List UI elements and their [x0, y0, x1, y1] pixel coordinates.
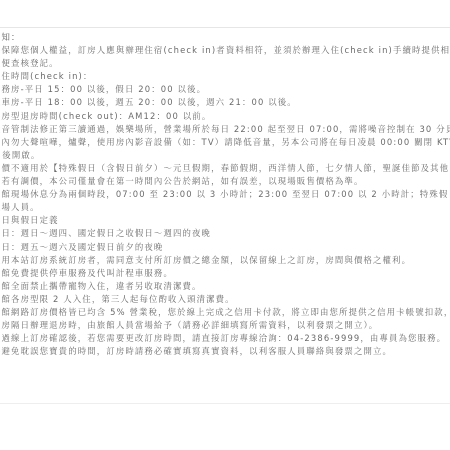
note-line-price-adjust: ；若有調價，本公司僅量會在第一時間內公告於網站，如有誤差，以現場販售價格為準。	[0, 175, 450, 188]
note-line-change-booking: 透過線上訂房確認後，若您需要更改訂房時間，請直接訂房專線洽詢：04-2386-9…	[0, 332, 450, 345]
note-line-checkin-motel: 汽車房-平日 18：00 以後，週五 20：00 以後，週六 21：00 以後。	[0, 96, 450, 109]
note-line-noise-cont2: 0 後開啟。	[0, 149, 450, 162]
note-line-accurate-info: 為避免耽誤您寶貴的時間，訂房時請務必確實填寫真實資料，以利客服人員聯絡與發票之開…	[0, 345, 450, 358]
note-line-weekday-definition: 平日：週日～週四、國定假日之收假日～週四的夜晚	[0, 227, 450, 240]
note-line-checkin-title: 入住時間(check in)：	[0, 70, 450, 83]
note-line-invoice: 住房隔日辦理退房時，由旅館人員當場給予（請務必詳細填寫所需資料，以利發票之開立）…	[0, 319, 450, 332]
note-line-rest-periods-cont: 現場人員。	[0, 201, 450, 214]
note-line-parking: 本館免費提供停車服務及代叫計程車服務。	[0, 267, 450, 280]
notes-heading: 須知：	[0, 31, 450, 44]
note-line-noise: 環音管制法修正第三讀通過，娛樂場所，營業場所於每日 22:00 起至翌日 07:…	[0, 123, 450, 136]
note-line-tax: 本館網路訂房價格皆已均含 5% 營業稅，您於線上完成之信用卡付款，將立即由您所提…	[0, 306, 450, 319]
note-line-day-definition-title: 平日與假日定義	[0, 214, 450, 227]
note-line-checkin-business: 商務房-平日 15：00 以後，假日 20：00 以後。	[0, 83, 450, 96]
note-line-occupancy: 本館各房型限 2 人入住，第三人起每位酌收入頭清潔費。	[0, 293, 450, 306]
note-line-identity: 為保障您個人權益，訂房人應與辦理住宿(check in)者資料相符，並須於辦理入…	[0, 44, 450, 57]
note-line-special-holidays: 房價不適用於【特殊假日（含假日前夕）～元旦假期，春節假期，西洋情人節，七夕情人節…	[0, 162, 450, 175]
note-line-rest-periods: 本館現場休息分為兩個時段，07:00 至 23:00 以 3 小時計；23:00…	[0, 188, 450, 201]
note-line-noise-cont: 房內勿大聲喧嘩，爐聲，使用房內影音設備（如：TV）請降低音量，另本公司將在每日凌…	[0, 136, 450, 149]
note-line-holiday-definition: 假日：週五～週六及國定假日前夕的夜晚	[0, 241, 450, 254]
top-divider	[0, 27, 450, 28]
bottom-divider	[0, 403, 450, 404]
note-line-checkout: 各房型退房時間(check out)：AM12：00 以前。	[0, 110, 450, 123]
note-line-payment-policy: 使用本站訂房系統訂房者，需同意支付所訂房價之總金額，以保留線上之訂房，房間與價格…	[0, 254, 450, 267]
note-line-no-pets: 本館全面禁止攜帶寵物入住，違者另收取清潔費。	[0, 280, 450, 293]
note-line-identity-cont: 以便查核登記。	[0, 57, 450, 70]
booking-notes: 須知： 為保障您個人權益，訂房人應與辦理住宿(check in)者資料相符，並須…	[0, 31, 450, 358]
